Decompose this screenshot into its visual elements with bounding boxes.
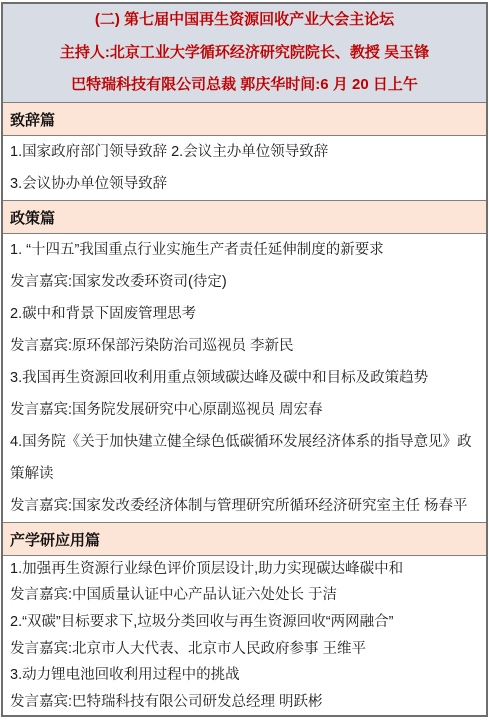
conference-agenda-table: (二) 第七届中国再生资源回收产业大会主论坛 主持人:北京工业大学循环经济研究院… <box>1 2 488 717</box>
agenda-line: 2.“双碳”目标要求下,垃圾分类回收与再生资源回收“两网融合” <box>10 609 478 636</box>
agenda-line: 3.会议协办单位领导致辞 <box>10 168 478 201</box>
agenda-line: 2.碳中和背景下固废管理思考 <box>10 298 478 330</box>
agenda-line: 1. “十四五”我国重点行业实施生产者责任延伸制度的新要求 <box>10 234 478 266</box>
agenda-line: 1.国家政府部门领导致辞 2.会议主办单位领导致辞 <box>10 136 478 169</box>
section-content-greetings: 1.国家政府部门领导致辞 2.会议主办单位领导致辞 3.会议协办单位领导致辞 <box>3 135 486 200</box>
agenda-line: 1.加强再生资源行业绿色评价顶层设计,助力实现碳达峰碳中和 <box>10 556 478 583</box>
section-content-industry: 1.加强再生资源行业绿色评价顶层设计,助力实现碳达峰碳中和 发言嘉宾:中国质量认… <box>3 555 486 715</box>
speaker-line: 发言嘉宾:原环保部污染防治司巡视员 李新民 <box>10 330 478 362</box>
speaker-line: 发言嘉宾:国家发改委环资司(待定) <box>10 266 478 298</box>
agenda-line: 3.动力锂电池回收利用过程中的挑战 <box>10 662 478 689</box>
host-time-line: 巴特瑞科技有限公司总裁 郭庆华时间:6 月 20 日上午 <box>71 69 418 102</box>
section-content-policy: 1. “十四五”我国重点行业实施生产者责任延伸制度的新要求 发言嘉宾:国家发改委… <box>3 233 486 522</box>
section-title: 致辞篇 <box>10 109 55 130</box>
speaker-line: 发言嘉宾:北京市人大代表、北京市人民政府参事 王维平 <box>10 636 478 663</box>
conference-title: (二) 第七届中国再生资源回收产业大会主论坛 <box>95 4 394 37</box>
agenda-line: 3.我国再生资源回收利用重点领域碳达峰及碳中和目标及政策趋势 <box>10 362 478 394</box>
host-line: 主持人:北京工业大学循环经济研究院院长、教授 吴玉锋 <box>60 37 429 70</box>
section-header-greetings: 致辞篇 <box>3 102 486 135</box>
speaker-line: 发言嘉宾:中国质量认证中心产品认证六处处长 于洁 <box>10 582 478 609</box>
section-title: 产学研应用篇 <box>10 529 100 550</box>
speaker-line: 发言嘉宾:国家发改委经济体制与管理研究所循环经济研究室主任 杨春平 <box>10 490 478 522</box>
speaker-line: 发言嘉宾:国务院发展研究中心原副巡视员 周宏春 <box>10 394 478 426</box>
section-header-policy: 政策篇 <box>3 200 486 233</box>
agenda-header: (二) 第七届中国再生资源回收产业大会主论坛 主持人:北京工业大学循环经济研究院… <box>3 4 486 102</box>
speaker-line: 发言嘉宾:巴特瑞科技有限公司研发总经理 明跃彬 <box>10 689 478 716</box>
section-title: 政策篇 <box>10 207 55 228</box>
agenda-line: 4.国务院《关于加快建立健全绿色低碳循环发展经济体系的指导意见》政策解读 <box>10 426 478 490</box>
section-header-industry: 产学研应用篇 <box>3 522 486 555</box>
